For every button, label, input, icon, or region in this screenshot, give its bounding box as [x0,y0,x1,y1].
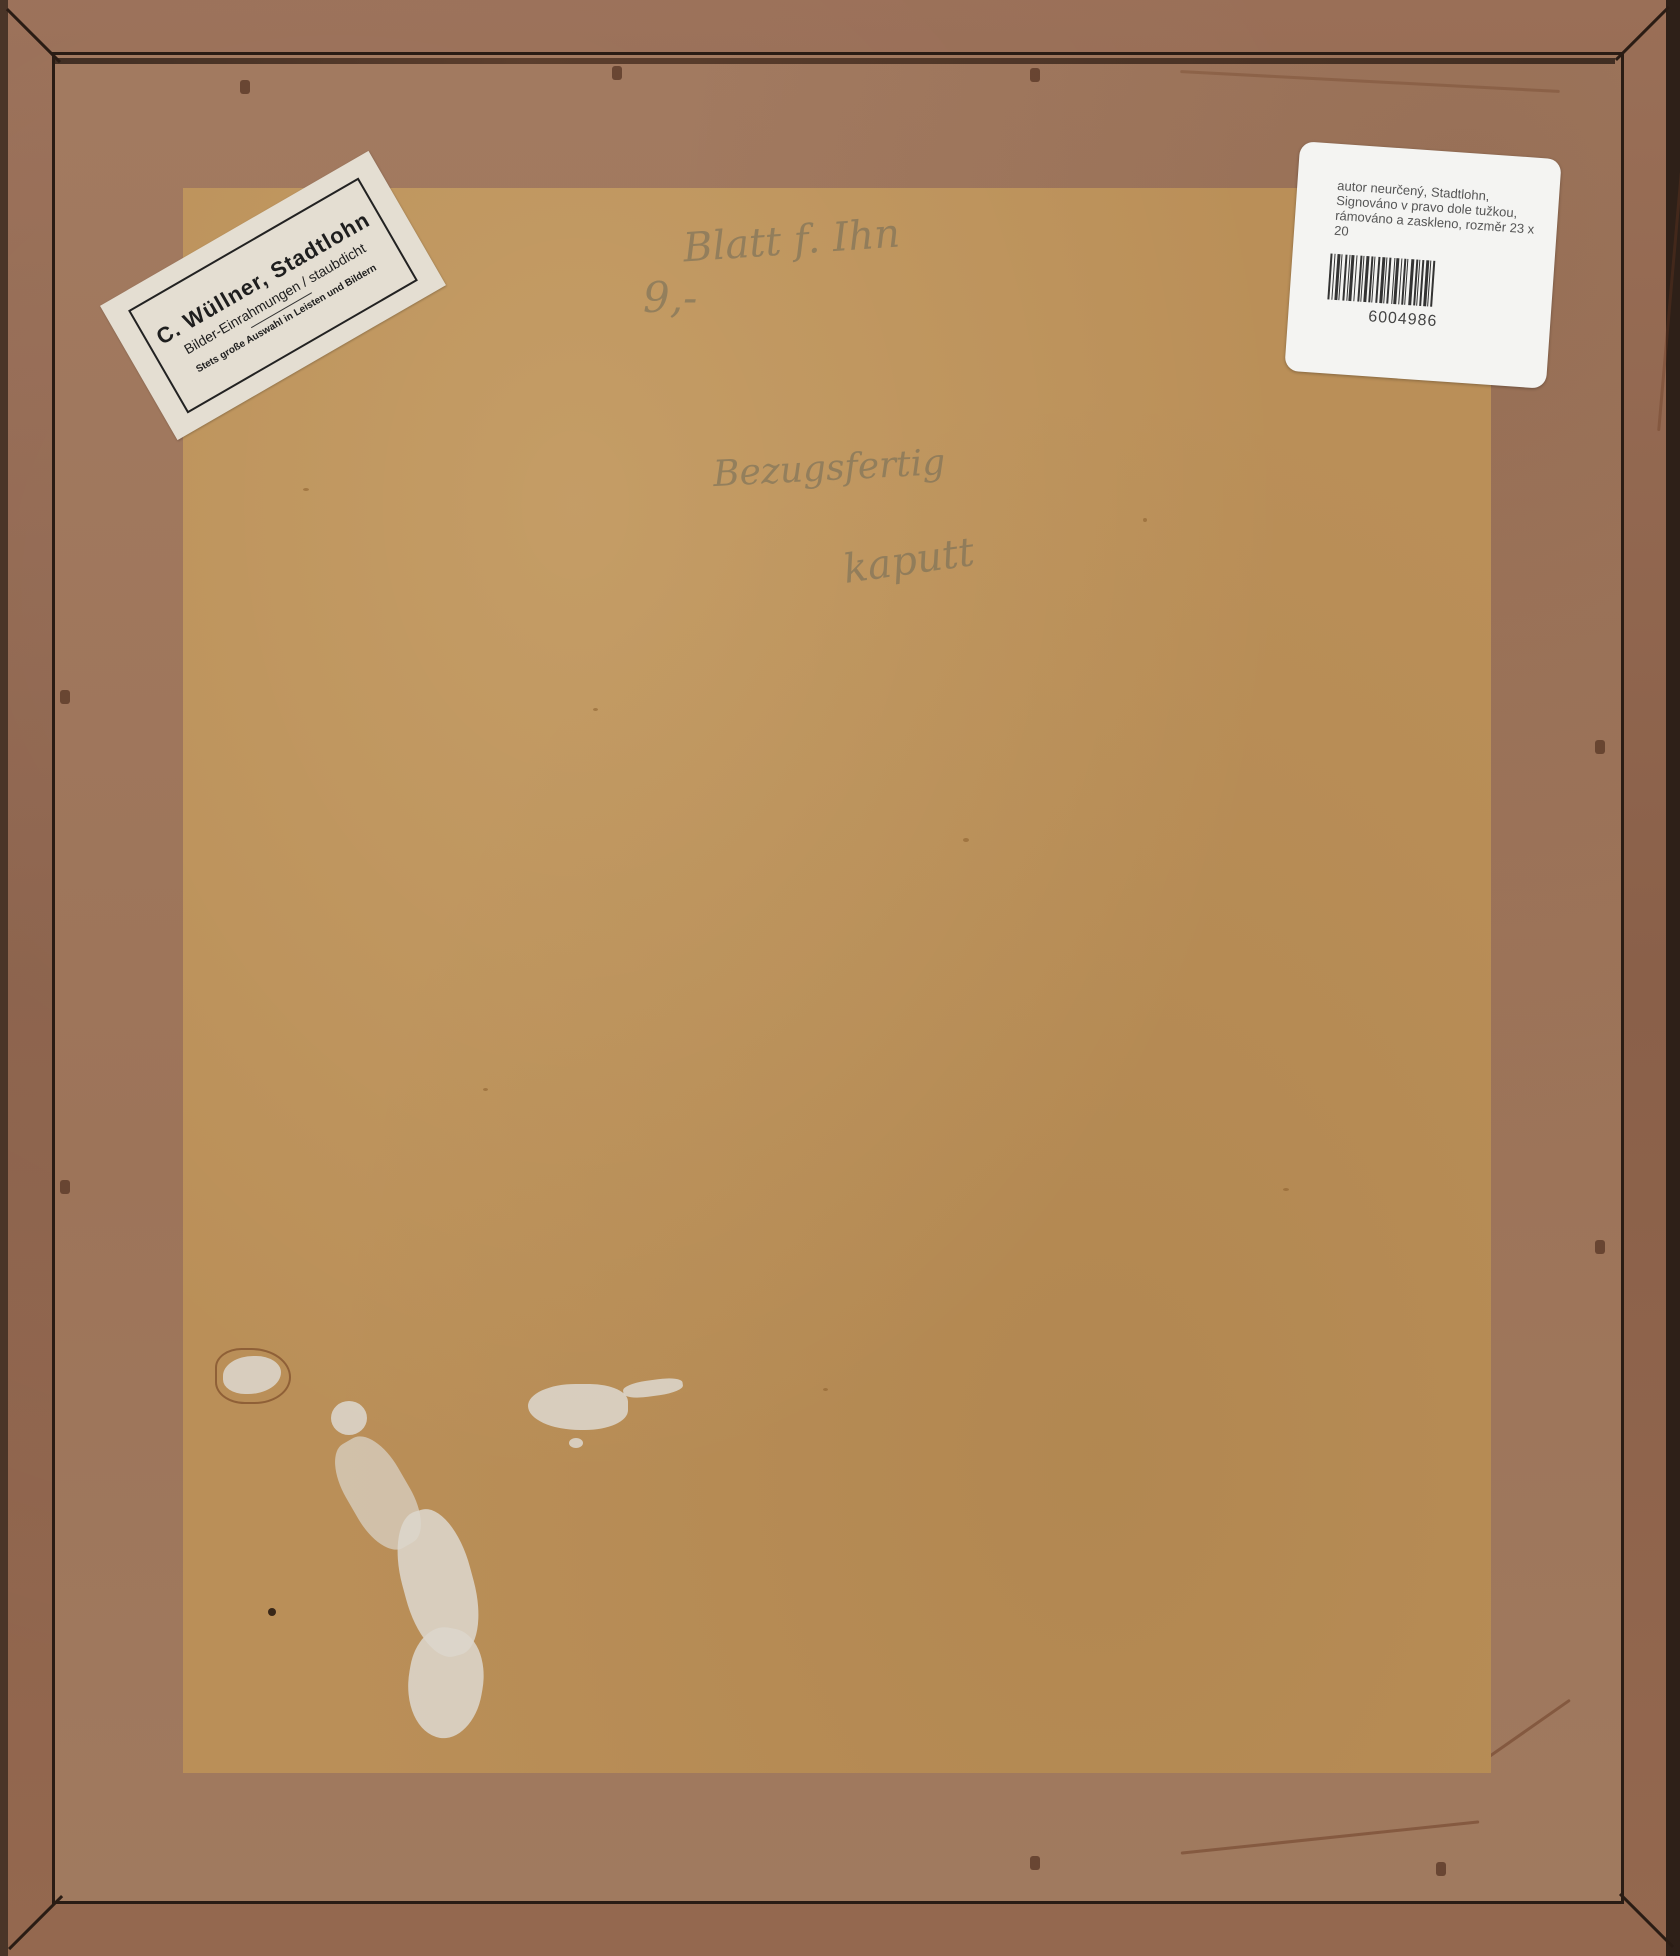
frame-miter-top-right [1615,6,1670,61]
white-paint-spot [399,1622,492,1743]
nail-head [1030,68,1040,82]
white-paint-spot [569,1438,583,1448]
barcode [1327,254,1498,312]
sticker-description: autor neurčený, Stadtlohn, Signováno v p… [1334,178,1553,253]
frame-miter-bottom-left [8,1895,63,1950]
pencil-note: Blatt f. Ihn [682,210,902,271]
frame-outer-edge-right [1666,0,1680,1956]
frame-miter-top-left [6,8,61,63]
cardboard-backing-board: Blatt f. Ihn 9,- Bezugsfertig kaputt [183,188,1491,1773]
white-paint-spot [331,1401,367,1435]
white-paint-spot [528,1384,628,1430]
pencil-note: Bezugsfertig [712,442,946,495]
nail-head [60,690,70,704]
inventory-sticker: autor neurčený, Stadtlohn, Signováno v p… [1284,141,1561,389]
frame-outer-edge-left [0,0,8,1956]
barcode-number: 6004986 [1368,308,1438,331]
white-paint-spot [622,1376,684,1400]
nail-head [1436,1862,1446,1876]
nail-head [612,66,622,80]
nail-head [1595,740,1605,754]
nail-head [60,1180,70,1194]
nail-head [240,80,250,94]
pencil-note: kaputt [840,529,977,593]
nail-head [1030,1856,1040,1870]
nail-head [1595,1240,1605,1254]
picture-frame-back: Blatt f. Ihn 9,- Bezugsfertig kaputt C. … [0,0,1680,1956]
pencil-note: 9,- [643,273,697,322]
